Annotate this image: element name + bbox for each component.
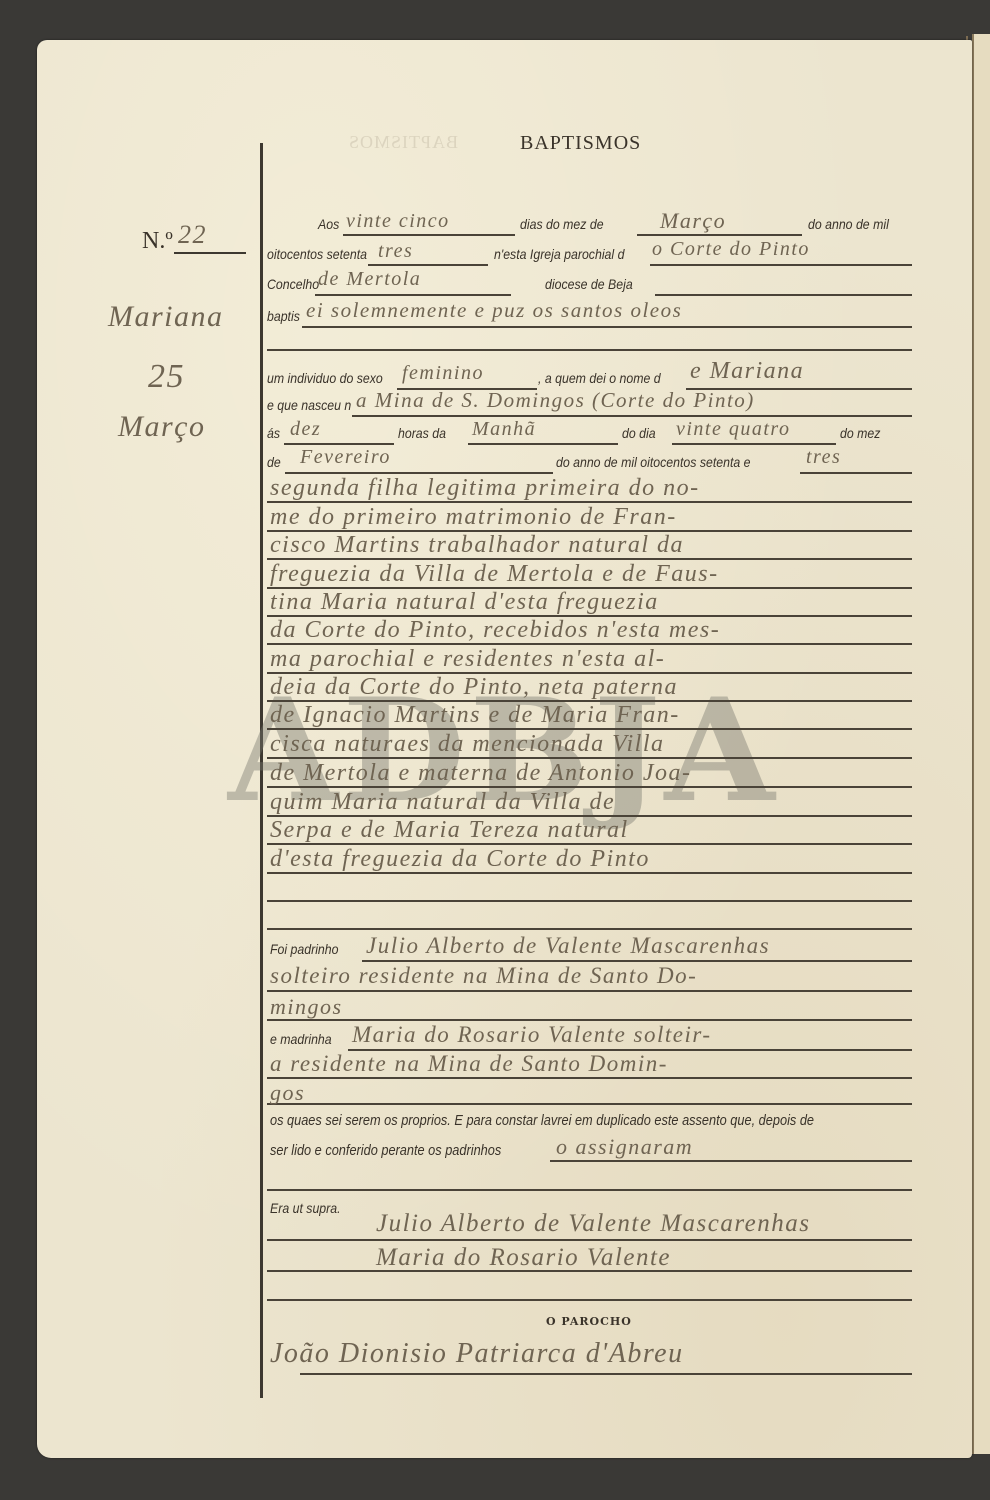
rule <box>672 443 836 445</box>
label-nasceu: e que nasceu n <box>267 397 351 413</box>
godmother-line: Maria do Rosario Valente solteir- <box>352 1022 712 1048</box>
label-anno: do anno de mil <box>808 216 889 232</box>
field-birth-year: tres <box>806 446 841 469</box>
margin-note-month: Março <box>118 410 205 444</box>
narrative-line: freguezia da Villa de Mertola e de Faus- <box>270 561 719 588</box>
godmother-line: a residente na Mina de Santo Domin- <box>270 1051 668 1077</box>
narrative-line: tina Maria natural d'esta freguezia <box>270 589 659 616</box>
field-hour: dez <box>290 418 321 441</box>
label-sexo: um individuo do sexo <box>267 370 383 386</box>
rule <box>343 234 515 236</box>
rule <box>302 326 912 328</box>
entry-number: 22 <box>178 220 207 250</box>
rule <box>284 443 394 445</box>
label-de: de <box>267 454 281 470</box>
entry-number-underline <box>174 252 246 254</box>
field-year: tres <box>378 240 413 263</box>
rule <box>300 1373 912 1375</box>
label-as: ás <box>267 425 280 441</box>
label-diocese: diocese de Beja <box>545 276 633 292</box>
rule <box>468 443 618 445</box>
field-birthplace: a Mina de S. Domingos (Corte do Pinto) <box>356 388 755 413</box>
rule <box>550 1160 912 1162</box>
narrative-line: Serpa e de Maria Tereza natural <box>270 817 629 844</box>
narrative-line: de Mertola e materna de Antonio Joa- <box>270 760 691 787</box>
narrative-line: ma parochial e residentes n'esta al- <box>270 646 665 673</box>
narrative-line: me do primeiro matrimonio de Fran- <box>270 504 677 531</box>
rule <box>267 1270 912 1272</box>
rule <box>267 1189 912 1191</box>
adjacent-page-edge <box>972 34 990 1454</box>
rule <box>362 960 912 962</box>
field-parish: o Corte do Pinto <box>652 238 810 261</box>
margin-note-day: 25 <box>148 358 185 396</box>
rule <box>267 1077 912 1079</box>
field-day: vinte cinco <box>346 210 450 233</box>
field-month: Março <box>660 208 726 234</box>
label-horas: horas da <box>398 425 446 441</box>
rule <box>650 264 912 266</box>
rule <box>267 1299 912 1301</box>
rule <box>637 234 802 236</box>
narrative-line: da Corte do Pinto, recebidos n'esta mes- <box>270 617 720 644</box>
godfather-line: solteiro residente na Mina de Santo Do- <box>270 963 697 989</box>
field-baptism-text: ei solemnemente e puz os santos oleos <box>306 298 682 323</box>
entry-number-label: N.º <box>142 228 173 255</box>
label-mez: do mez <box>840 425 880 441</box>
godfather-line: mingos <box>270 994 343 1020</box>
narrative-line: segunda filha legitima primeira do no- <box>270 475 700 502</box>
field-council: de Mertola <box>318 268 421 291</box>
label-nome: , a quem dei o nome d <box>538 370 661 386</box>
label-godmother: e madrinha <box>270 1031 332 1047</box>
rule <box>267 928 912 930</box>
label-concelho: Concelho <box>267 276 319 292</box>
godmother-signature: Maria do Rosario Valente <box>376 1244 671 1272</box>
closing-text-line2: ser lido e conferido perante os padrinho… <box>270 1143 501 1159</box>
label-igreja: n'esta Igreja parochial d <box>494 246 624 262</box>
bleed-through-title: BAPTISMOS <box>348 132 458 153</box>
parish-priest-signature: João Dionisio Patriarca d'Abreu <box>270 1338 684 1370</box>
rule <box>285 472 553 474</box>
label-oitocentos: oitocentos setenta <box>267 246 367 262</box>
closing-text-line1: os quaes sei serem os proprios. E para c… <box>270 1113 814 1129</box>
rule <box>267 1239 912 1241</box>
narrative-line: d'esta freguezia da Corte do Pinto <box>270 846 650 873</box>
field-signed: o assignaram <box>556 1134 693 1160</box>
rule <box>267 900 912 902</box>
godfather-signature: Julio Alberto de Valente Mascarenhas <box>376 1210 810 1238</box>
godmother-line: gos <box>270 1080 305 1106</box>
field-birth-day: vinte quatro <box>676 418 790 441</box>
rule <box>267 990 912 992</box>
godfather-line: Julio Alberto de Valente Mascarenhas <box>366 933 770 959</box>
label-aos: Aos <box>318 216 339 232</box>
field-period: Manhã <box>472 418 536 441</box>
rule <box>800 472 912 474</box>
rule <box>267 349 912 351</box>
margin-note-name: Mariana <box>108 300 224 334</box>
narrative-line: quim Maria natural da Villa de <box>270 789 615 816</box>
narrative-line: cisco Martins trabalhador natural da <box>270 532 684 559</box>
label-dia: do dia <box>622 425 656 441</box>
field-child-name: e Mariana <box>690 358 804 385</box>
field-birth-month: Fevereiro <box>300 446 391 469</box>
field-sex: feminino <box>402 362 484 385</box>
narrative-line: cisca naturaes da mencionada Villa <box>270 731 665 758</box>
label-anno-mil: do anno de mil oitocentos setenta e <box>556 454 751 470</box>
page-title: BAPTISMOS <box>520 132 641 155</box>
rule <box>655 294 912 296</box>
narrative-line: de Ignacio Martins e de Maria Fran- <box>270 702 680 729</box>
era-ut-supra: Era ut supra. <box>270 1200 341 1216</box>
narrative-line: deia da Corte do Pinto, neta paterna <box>270 674 678 701</box>
rule <box>352 415 912 417</box>
rule <box>315 294 511 296</box>
label-godfather: Foi padrinho <box>270 941 338 957</box>
parish-priest-label: O PAROCHO <box>546 1315 632 1328</box>
label-dias-do-mez: dias do mez de <box>520 216 604 232</box>
rule <box>267 1103 912 1105</box>
rule <box>267 1019 912 1021</box>
rule <box>368 264 488 266</box>
label-baptis: baptis <box>267 308 300 324</box>
